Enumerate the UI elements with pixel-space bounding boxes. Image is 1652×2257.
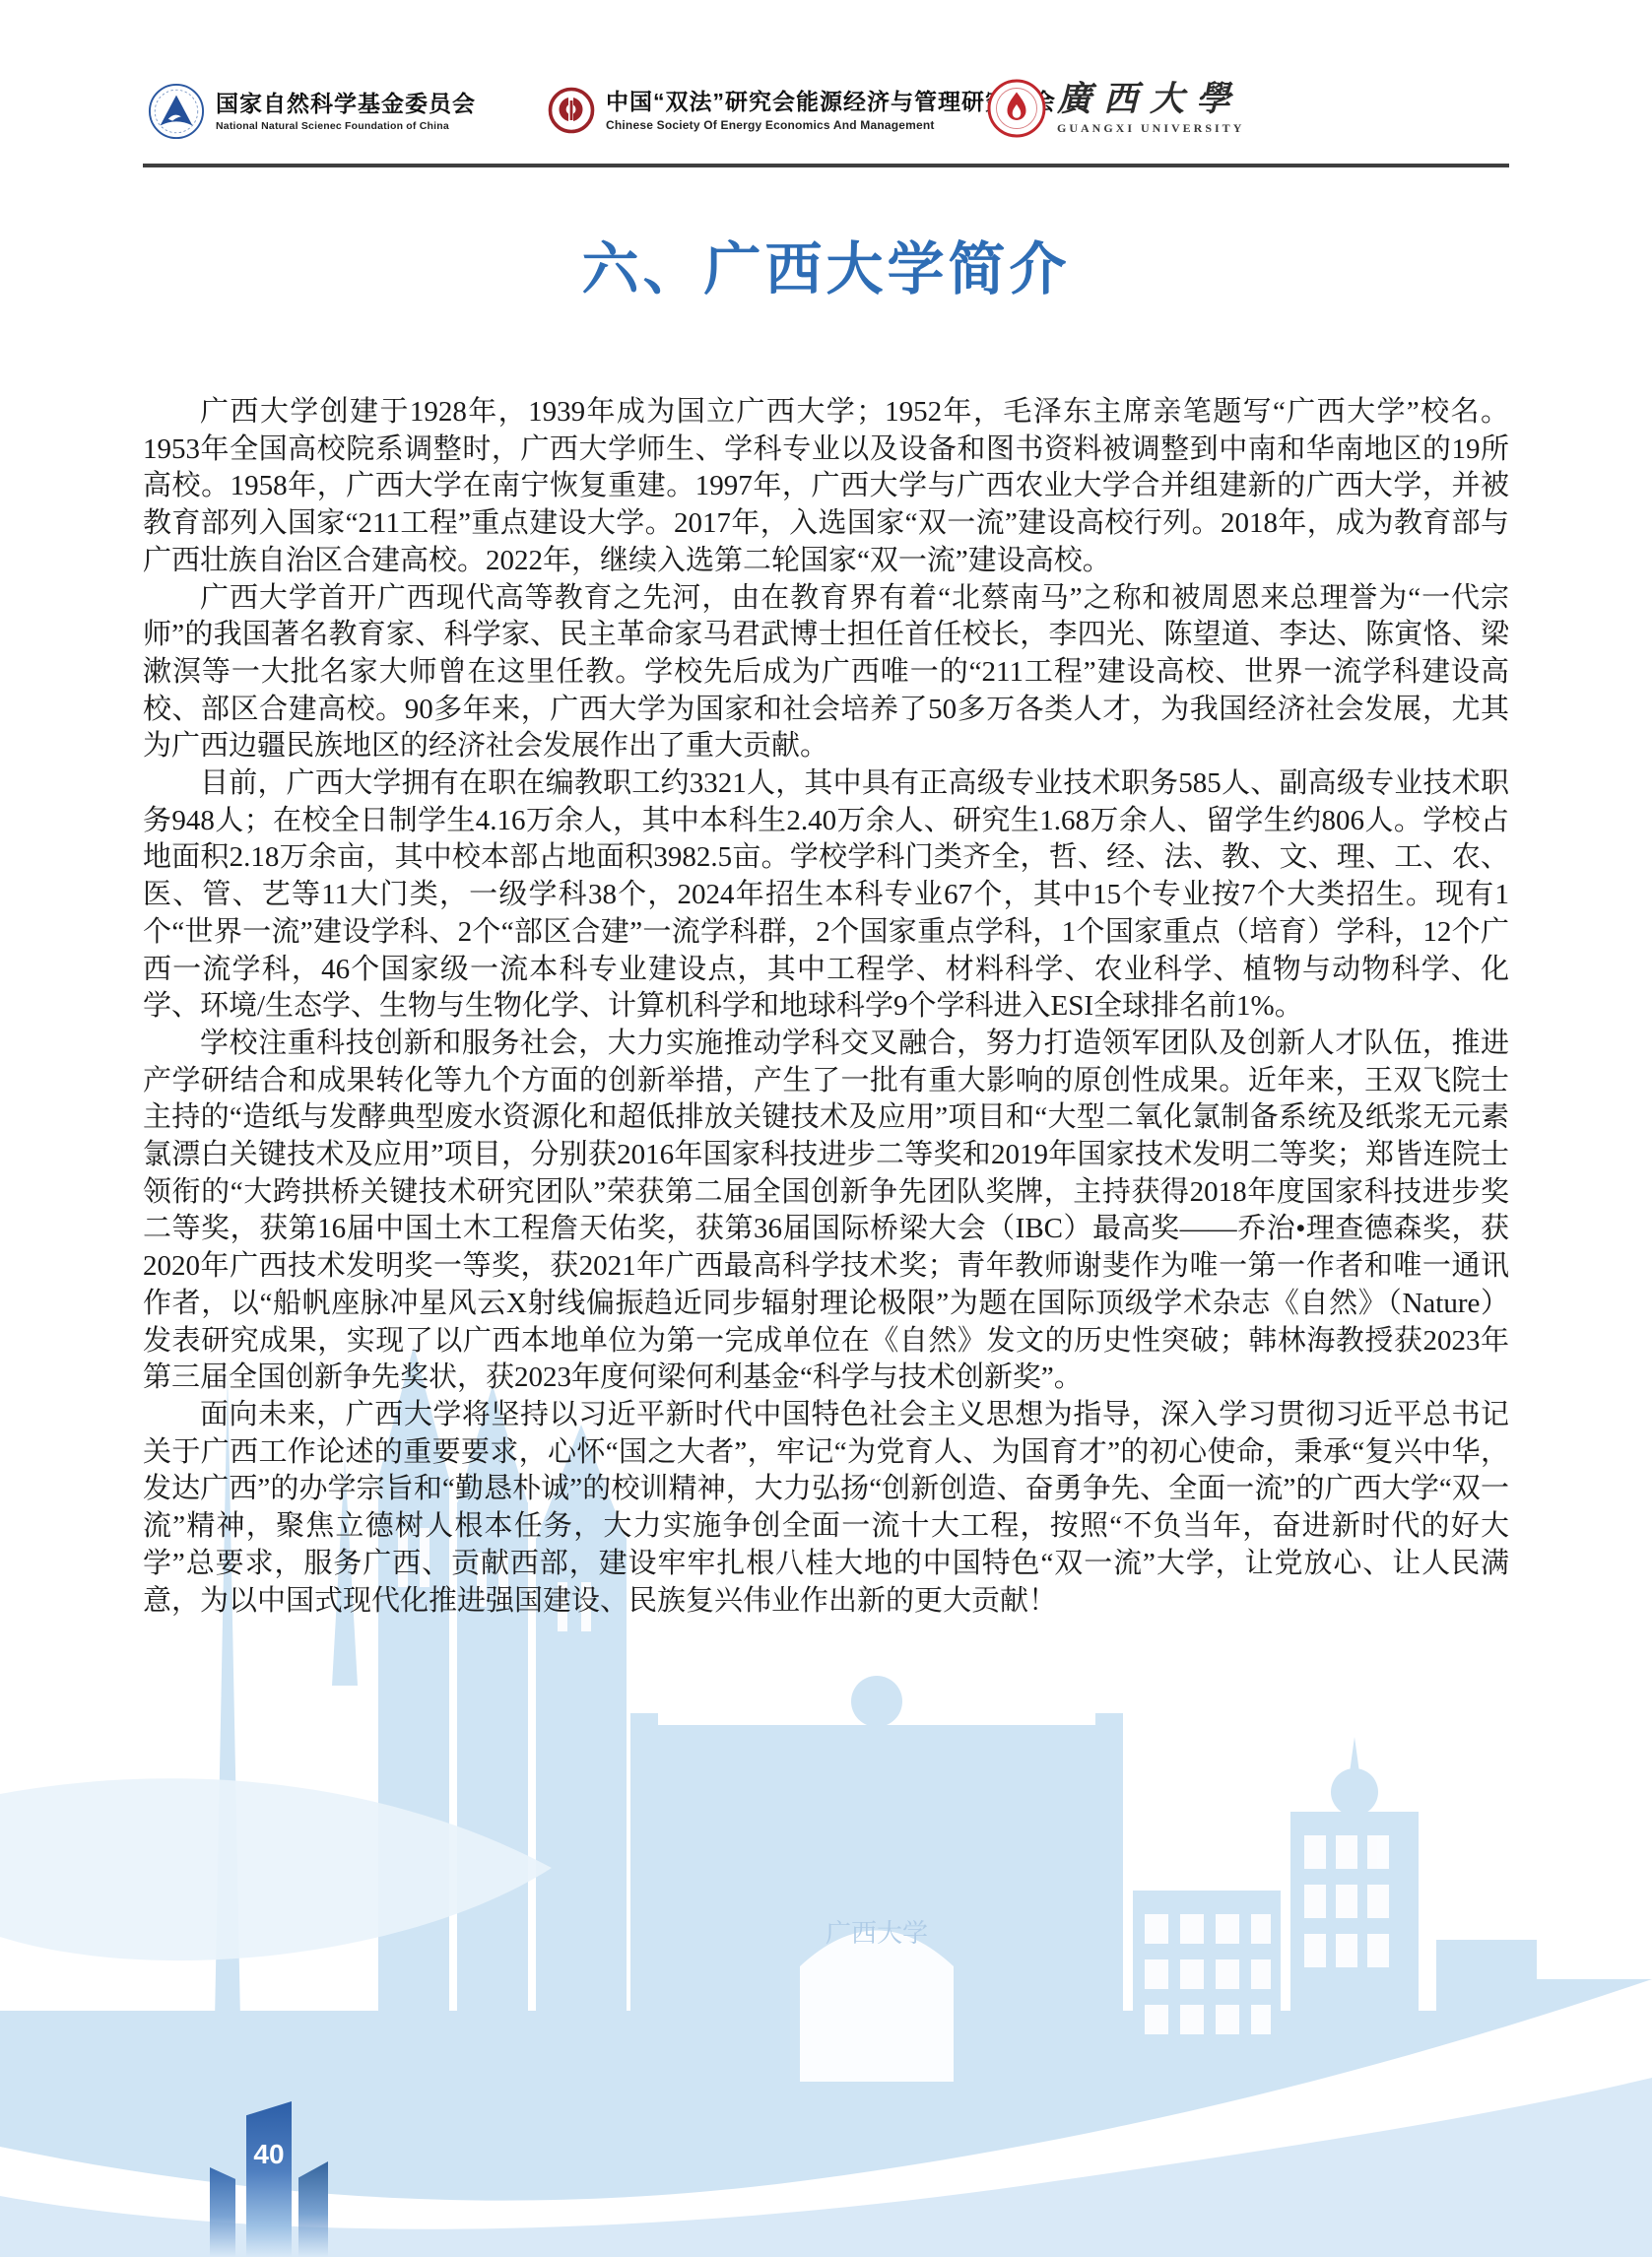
page-title: 六、广西大学简介: [0, 223, 1652, 305]
body-content: 广西大学创建于1928年，1939年成为国立广西大学；1952年，毛泽东主席亲笔…: [143, 394, 1509, 1620]
logo-nsfc: 国家自然科学基金委员会 National Natural Scienec Fou…: [148, 83, 476, 140]
nsfc-name-zh: 国家自然科学基金委员会: [216, 91, 476, 116]
paragraph-founders: 广西大学首开广西现代高等教育之先河，由在教育界有着“北蔡南马”之称和被周恩来总理…: [143, 580, 1509, 766]
footer-bar-left: [210, 2167, 235, 2257]
logo-gxu: 廣西大學 GUANGXI UNIVERSITY: [987, 79, 1244, 138]
paragraph-research: 学校注重科技创新和服务社会，大力实施推动学科交叉融合，努力打造领军团队及创新人才…: [143, 1026, 1509, 1397]
gxu-name-zh: 廣西大學: [1057, 82, 1242, 116]
gxu-name-en: GUANGXI UNIVERSITY: [1057, 121, 1244, 136]
page-number: 40: [246, 2139, 292, 2170]
header-divider: [143, 164, 1509, 167]
gxu-seal-icon: [987, 79, 1046, 138]
paragraph-future: 面向未来，广西大学将坚持以习近平新时代中国特色社会主义思想为指导，深入学习贯彻习…: [143, 1397, 1509, 1620]
nsfc-name-en: National Natural Scienec Foundation of C…: [216, 120, 476, 132]
gate-watermark-text: 广西大学: [826, 1919, 928, 1948]
nsfc-badge-icon: [148, 83, 205, 140]
paragraph-history: 广西大学创建于1928年，1939年成为国立广西大学；1952年，毛泽东主席亲笔…: [143, 394, 1509, 580]
paragraph-statistics: 目前，广西大学拥有在职在编教职工约3321人，其中具有正高级专业技术职务585人…: [143, 765, 1509, 1026]
footer-bar-right: [298, 2161, 328, 2257]
logo-cseem: 中国“双法”研究会能源经济与管理研究分会 Chinese Society Of …: [548, 87, 1056, 134]
document-page: 国家自然科学基金委员会 National Natural Scienec Fou…: [0, 0, 1652, 2257]
cseem-badge-icon: [548, 87, 595, 134]
footer-bar-middle: 40: [246, 2101, 292, 2257]
